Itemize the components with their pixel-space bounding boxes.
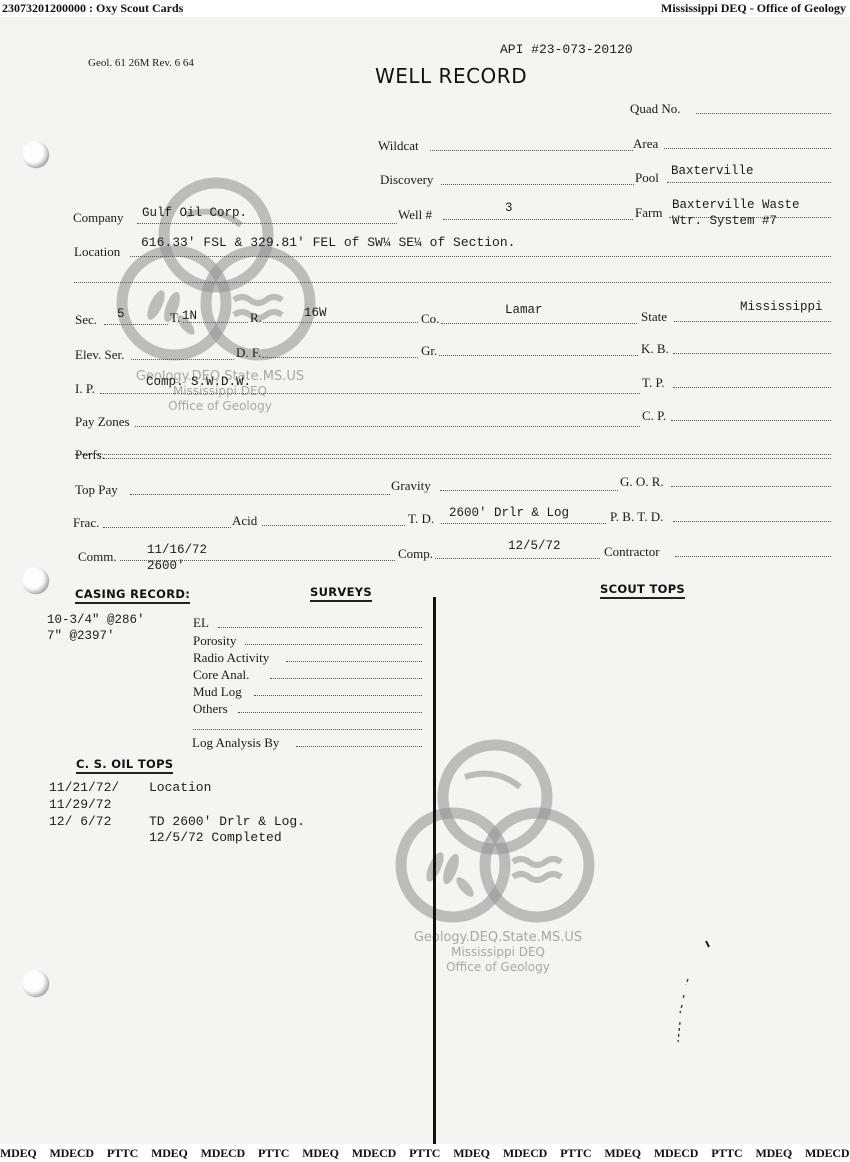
df-label: D. F. (236, 345, 261, 361)
footer-tag: MDEQ (604, 1144, 641, 1162)
pen-mark-icon (670, 937, 720, 1057)
comp-value: 12/5/72 (508, 539, 561, 553)
punch-hole-icon (22, 141, 48, 167)
sec-field[interactable] (104, 324, 168, 325)
location-field[interactable] (130, 256, 831, 257)
footer-tag: PTTC (711, 1144, 742, 1162)
scanned-well-record-card: Geology.DEQ.State.MS.US Mississippi DEQ … (0, 17, 850, 1144)
elev-ser-label: Elev. Ser. (75, 347, 124, 363)
contractor-label: Contractor (604, 544, 660, 560)
oil-tops-note: TD 2600' Drlr & Log. (149, 814, 305, 829)
oil-tops-date: 12/ 6/72 (49, 814, 111, 829)
ip-field[interactable] (100, 393, 640, 394)
footer-tag: PTTC (258, 1144, 289, 1162)
survey-others-field[interactable] (238, 712, 422, 713)
top-pay-label: Top Pay (75, 482, 118, 498)
footer-tag: MDECD (805, 1144, 849, 1162)
viewer-header: 23073201200000 : Oxy Scout Cards Mississ… (0, 0, 850, 17)
comp-field[interactable] (435, 558, 600, 559)
pbtd-label: P. B. T. D. (610, 509, 663, 525)
casing-record-heading: CASING RECORD: (75, 587, 190, 604)
survey-others-label: Others (193, 701, 228, 717)
viewer-footer: MDEQMDECDPTTCMDEQMDECDPTTCMDEQMDECDPTTCM… (0, 1144, 850, 1162)
footer-tag: PTTC (107, 1144, 138, 1162)
footer-tag: MDEQ (453, 1144, 490, 1162)
page-title: WELL RECORD (375, 64, 527, 88)
elev-ser-field[interactable] (131, 359, 234, 360)
pool-label: Pool (635, 170, 659, 186)
pool-value: Baxterville (671, 164, 754, 178)
gravity-label: Gravity (391, 478, 431, 494)
township-value: 1N (182, 309, 197, 323)
survey-core-anal-field[interactable] (270, 678, 422, 679)
survey-blank-field[interactable] (193, 729, 422, 730)
gor-field[interactable] (671, 486, 831, 487)
well-number-value: 3 (505, 201, 513, 215)
location-field-line2[interactable] (74, 282, 831, 283)
punch-hole-icon (22, 970, 48, 996)
tp-label: T. P. (642, 375, 665, 391)
well-number-field[interactable] (443, 219, 633, 220)
state-label: State (641, 309, 667, 325)
acid-label: Acid (232, 513, 257, 529)
discovery-label: Discovery (380, 172, 433, 188)
company-label: Company (73, 210, 124, 226)
comm-label: Comm. (78, 549, 117, 565)
footer-tag: MDEQ (151, 1144, 188, 1162)
footer-tag: MDEQ (755, 1144, 792, 1162)
wildcat-field[interactable] (430, 150, 633, 151)
farm-value-line2: Wtr. System #7 (672, 214, 777, 228)
range-value: 16W (304, 306, 327, 320)
township-field[interactable] (183, 322, 248, 323)
township-label: T. (170, 310, 180, 326)
range-field[interactable] (263, 322, 418, 323)
pay-zones-label: Pay Zones (75, 414, 130, 430)
log-analysis-by-label: Log Analysis By (192, 735, 279, 751)
scout-tops-heading: SCOUT TOPS (600, 582, 685, 599)
api-number: API #23-073-20120 (500, 42, 633, 57)
area-field[interactable] (664, 148, 831, 149)
frac-field[interactable] (103, 527, 231, 528)
state-field[interactable] (674, 321, 831, 322)
footer-tag: PTTC (409, 1144, 440, 1162)
tp-field[interactable] (673, 387, 831, 388)
state-value: Mississippi (740, 300, 823, 314)
footer-tag: MDEQ (302, 1144, 339, 1162)
well-number-label: Well # (398, 207, 432, 223)
document-id-title: 23073201200000 : Oxy Scout Cards (2, 0, 183, 17)
kb-label: K. B. (641, 341, 669, 357)
survey-porosity-field[interactable] (245, 644, 422, 645)
deq-watermark-logo-icon (116, 175, 316, 365)
farm-value-line1: Baxterville Waste (672, 198, 800, 212)
casing-entry: 10-3/4" @286' (47, 613, 145, 627)
cp-field[interactable] (671, 420, 831, 421)
casing-entry: 7" @2397' (47, 629, 115, 643)
discovery-field[interactable] (441, 184, 634, 185)
survey-radio-activity-field[interactable] (286, 661, 422, 662)
survey-porosity-label: Porosity (193, 633, 236, 649)
company-field[interactable] (137, 223, 397, 224)
ip-value: Comp. S.W.D.W. (146, 375, 251, 389)
comp-label: Comp. (398, 546, 433, 562)
pay-zones-field[interactable] (135, 426, 640, 427)
location-label: Location (74, 244, 120, 260)
pool-field[interactable] (667, 182, 831, 183)
sec-value: 5 (117, 307, 125, 321)
form-number: Geol. 61 26M Rev. 6 64 (88, 57, 194, 69)
oil-tops-date: 11/29/72 (49, 797, 111, 812)
gor-label: G. O. R. (620, 474, 664, 490)
pay-zones-field-line2[interactable] (75, 454, 831, 455)
farm-label: Farm (635, 205, 662, 221)
area-label: Area (633, 136, 658, 152)
perfs-field[interactable] (104, 458, 831, 459)
footer-tag: MDECD (352, 1144, 396, 1162)
footer-tag: PTTC (560, 1144, 591, 1162)
kb-field[interactable] (673, 353, 831, 354)
gr-field[interactable] (439, 355, 638, 356)
pbtd-field[interactable] (673, 521, 831, 522)
survey-radio-activity-label: Radio Activity (193, 650, 269, 666)
oil-tops-note: Location (149, 780, 211, 795)
log-analysis-by-field[interactable] (296, 746, 422, 747)
contractor-field[interactable] (675, 556, 831, 557)
agency-title: Mississippi DEQ - Office of Geology (661, 0, 846, 17)
gravity-field[interactable] (440, 490, 618, 491)
county-value: Lamar (505, 303, 543, 317)
perfs-label: Perfs. (75, 447, 105, 463)
gr-label: Gr. (421, 343, 437, 359)
survey-mud-log-label: Mud Log (193, 684, 242, 700)
location-value: 616.33' FSL & 329.81' FEL of SW¼ SE¼ of … (141, 235, 515, 250)
company-value: Gulf Oil Corp. (142, 206, 247, 220)
oil-tops-note: 12/5/72 Completed (149, 830, 282, 845)
survey-el-label: EL (193, 615, 209, 631)
footer-tag: MDECD (201, 1144, 245, 1162)
top-pay-field[interactable] (130, 494, 390, 495)
footer-tag: MDECD (50, 1144, 94, 1162)
watermark-caption: Geology.DEQ.State.MS.US Mississippi DEQ … (388, 930, 608, 975)
td-field[interactable] (441, 523, 606, 524)
punch-hole-icon (22, 567, 48, 593)
wildcat-label: Wildcat (378, 138, 419, 154)
td-label: T. D. (408, 511, 434, 527)
quad-no-field[interactable] (696, 113, 831, 114)
county-label: Co. (421, 311, 439, 327)
cs-oil-tops-heading: C. S. OIL TOPS (76, 757, 173, 774)
survey-el-field[interactable] (218, 627, 422, 628)
column-divider (433, 597, 436, 1149)
survey-core-anal-label: Core Anal. (193, 667, 249, 683)
df-field[interactable] (262, 357, 418, 358)
acid-field[interactable] (262, 525, 405, 526)
comm-value-line1: 11/16/72 (147, 543, 207, 557)
frac-label: Frac. (73, 515, 99, 531)
quad-no-label: Quad No. (630, 101, 681, 117)
range-label: R. (250, 310, 262, 326)
ip-label: I. P. (75, 381, 95, 397)
surveys-heading: SURVEYS (310, 585, 372, 602)
td-value: 2600' Drlr & Log (449, 506, 569, 520)
footer-tag: MDEQ (0, 1144, 37, 1162)
comm-value-line2: 2600' (147, 559, 185, 573)
cp-label: C. P. (642, 408, 666, 424)
footer-tag: MDECD (503, 1144, 547, 1162)
county-field[interactable] (441, 323, 637, 324)
sec-label: Sec. (75, 312, 97, 328)
deq-watermark-logo-icon (395, 737, 595, 927)
survey-mud-log-field[interactable] (254, 695, 422, 696)
oil-tops-date: 11/21/72/ (49, 780, 119, 795)
footer-tag: MDECD (654, 1144, 698, 1162)
